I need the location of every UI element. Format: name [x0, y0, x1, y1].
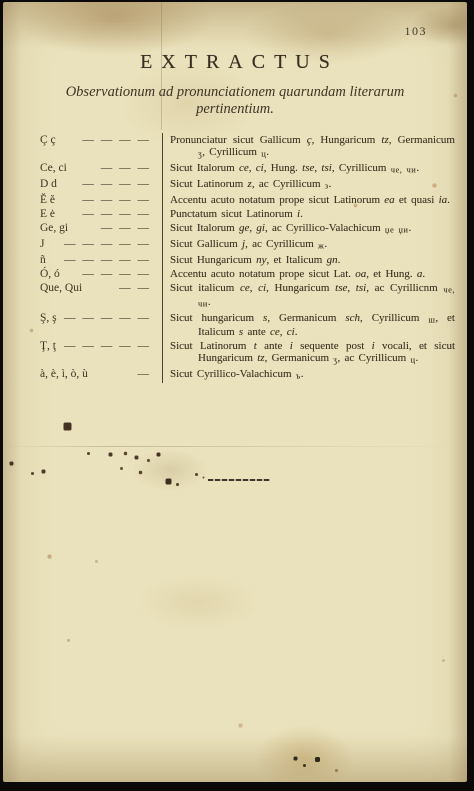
table-column-divider: [162, 133, 163, 383]
paper-horizontal-crease: [3, 446, 467, 447]
letter-label: D d: [40, 178, 57, 192]
letter-cell: Ge, gi— — —: [40, 222, 162, 236]
dash-leader: — — — —: [82, 208, 151, 220]
letter-label: Ó, ó: [40, 268, 60, 280]
subtitle: Observationum ad pronunciationem quarund…: [35, 84, 435, 118]
letter-label: Ç ç: [40, 134, 56, 160]
pronunciation-table: Ç ç— — — —Pronunciatur sicut Gallicum ç,…: [40, 134, 455, 382]
description-cell: Sicut Gallicum j, ac Cyrillicum ж.: [162, 238, 455, 252]
table-row: Ţ, ţ— — — — —Sicut Latinorum t ante i se…: [40, 340, 455, 366]
letter-label: Ge, gi: [40, 222, 68, 236]
description-cell: Accentu acuto notatum prope sicut Lat. o…: [162, 268, 455, 280]
scanned-book-page: 103 EXTRACTUS Observationum ad pronuncia…: [3, 2, 467, 782]
letter-label: à, è, ì, ò, ù: [40, 368, 88, 382]
letter-label: Ţ, ţ: [40, 340, 56, 366]
description-cell: Sicut Latinorum z, ac Cyrillicum з.: [162, 178, 455, 192]
letter-cell: à, è, ì, ò, ù—: [40, 368, 162, 382]
letter-cell: Ó, ó— — — —: [40, 268, 162, 280]
description-cell: Pronunciatur sicut Gallicum ç, Hungaricu…: [162, 134, 455, 160]
description-cell: Sicut Latinorum t ante i sequente post i…: [162, 340, 455, 366]
table-row: Ş, ş— — — — —Sicut hungaricum s, Germani…: [40, 312, 455, 338]
letter-cell: Ş, ş— — — — —: [40, 312, 162, 338]
table-row: ñ— — — — —Sicut Hungaricum ny, et Italic…: [40, 254, 455, 266]
table-row: Que, Qui— —Sicut italicum ce, ci, Hungar…: [40, 282, 455, 310]
letter-cell: E ė— — — —: [40, 208, 162, 220]
letter-cell: Ce, ci— — —: [40, 162, 162, 176]
letter-label: J: [40, 238, 44, 252]
letter-label: Ş, ş: [40, 312, 57, 338]
description-cell: Sicut Italorum ge, gi, ac Cyrillico-Vala…: [162, 222, 455, 236]
dash-leader: — — — —: [82, 268, 151, 280]
page-number: 103: [405, 24, 428, 39]
dash-leader: — — — — —: [64, 312, 151, 338]
description-cell: Sicut Italorum ce, ci, Hung. tse, tsi, C…: [162, 162, 455, 176]
dash-leader: — — — — —: [64, 238, 151, 252]
letter-label: ñ: [40, 254, 46, 266]
description-cell: Sicut hungaricum s, Germanicum sch, Cyri…: [162, 312, 455, 338]
letter-cell: D d— — — —: [40, 178, 162, 192]
dash-leader: — — — — —: [64, 254, 151, 266]
dash-leader: — — —: [101, 162, 151, 176]
letter-label: Ce, ci: [40, 162, 67, 176]
paper-fold-crease: [161, 2, 162, 130]
table-row: Ge, gi— — —Sicut Italorum ge, gi, ac Cyr…: [40, 222, 455, 236]
letter-cell: ñ— — — — —: [40, 254, 162, 266]
table-row: Ó, ó— — — —Accentu acuto notatum prope s…: [40, 268, 455, 280]
foxing-spots: [3, 2, 4, 3]
dash-leader: — — — —: [82, 178, 151, 192]
section-divider-rule: [208, 479, 270, 481]
description-cell: Accentu acuto notatum prope sicut Latino…: [162, 194, 455, 206]
table-row: à, è, ì, ò, ù—Sicut Cyrillico-Valachicum…: [40, 368, 455, 382]
dash-leader: — —: [119, 282, 151, 310]
letter-cell: Ĕ ĕ— — — —: [40, 194, 162, 206]
table-row: E ė— — — —Punctatum sicut Latinorum i.: [40, 208, 455, 220]
table-row: J— — — — —Sicut Gallicum j, ac Cyrillicu…: [40, 238, 455, 252]
table-row: D d— — — —Sicut Latinorum z, ac Cyrillic…: [40, 178, 455, 192]
description-cell: Sicut Hungaricum ny, et Italicum gn.: [162, 254, 455, 266]
description-cell: Sicut Cyrillico-Valachicum ъ.: [162, 368, 455, 382]
dash-leader: — — — —: [82, 194, 151, 206]
dash-leader: — — —: [101, 222, 151, 236]
letter-label: Ĕ ĕ: [40, 194, 55, 206]
page-title: EXTRACTUS: [3, 51, 467, 74]
table-row: Ce, ci— — —Sicut Italorum ce, ci, Hung. …: [40, 162, 455, 176]
dash-leader: — — — —: [82, 134, 151, 160]
letter-cell: Que, Qui— —: [40, 282, 162, 310]
dash-leader: —: [138, 368, 152, 382]
letter-cell: Ç ç— — — —: [40, 134, 162, 160]
letter-cell: J— — — — —: [40, 238, 162, 252]
letter-label: E ė: [40, 208, 55, 220]
description-cell: Sicut italicum ce, ci, Hungaricum tse, t…: [162, 282, 455, 310]
letter-cell: Ţ, ţ— — — — —: [40, 340, 162, 366]
table-row: Ĕ ĕ— — — —Accentu acuto notatum prope si…: [40, 194, 455, 206]
description-cell: Punctatum sicut Latinorum i.: [162, 208, 455, 220]
table-row: Ç ç— — — —Pronunciatur sicut Gallicum ç,…: [40, 134, 455, 160]
letter-label: Que, Qui: [40, 282, 82, 310]
dash-leader: — — — — —: [64, 340, 151, 366]
